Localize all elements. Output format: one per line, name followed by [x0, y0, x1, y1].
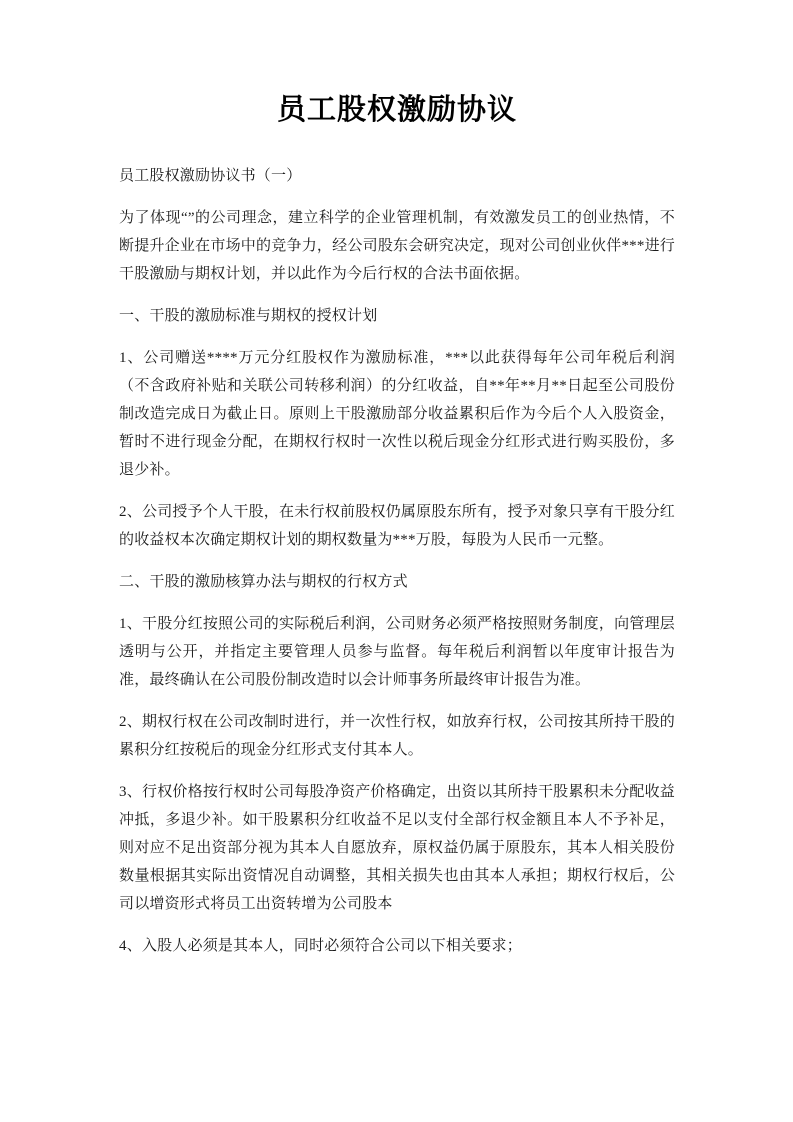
- document-body: 员工股权激励协议书（一）为了体现“”的公司理念，建立科学的企业管理机制，有效激发…: [119, 162, 675, 960]
- section-heading: 二、干股的激励核算办法与期权的行权方式: [119, 568, 675, 596]
- paragraph: 2、公司授予个人干股，在未行权前股权仍属原股东所有，授予对象只享有干股分红的收益…: [119, 498, 675, 554]
- document-subtitle: 员工股权激励协议书（一）: [119, 162, 675, 190]
- paragraph: 2、期权行权在公司改制时进行，并一次性行权，如放弃行权，公司按其所持干股的累积分…: [119, 708, 675, 764]
- paragraph: 4、入股人必须是其本人，同时必须符合公司以下相关要求；: [119, 932, 675, 960]
- document-page: 员工股权激励协议 员工股权激励协议书（一）为了体现“”的公司理念，建立科学的企业…: [0, 0, 793, 1122]
- section-heading: 一、干股的激励标准与期权的授权计划: [119, 302, 675, 330]
- paragraph: 为了体现“”的公司理念，建立科学的企业管理机制，有效激发员工的创业热情，不断提升…: [119, 204, 675, 288]
- paragraph: 1、干股分红按照公司的实际税后利润，公司财务必须严格按照财务制度，向管理层透明与…: [119, 610, 675, 694]
- document-title: 员工股权激励协议: [119, 88, 675, 132]
- paragraph: 1、公司赠送****万元分红股权作为激励标准，***以此获得每年公司年税后利润（…: [119, 344, 675, 484]
- paragraph: 3、行权价格按行权时公司每股净资产价格确定，出资以其所持干股累积未分配收益冲抵，…: [119, 778, 675, 918]
